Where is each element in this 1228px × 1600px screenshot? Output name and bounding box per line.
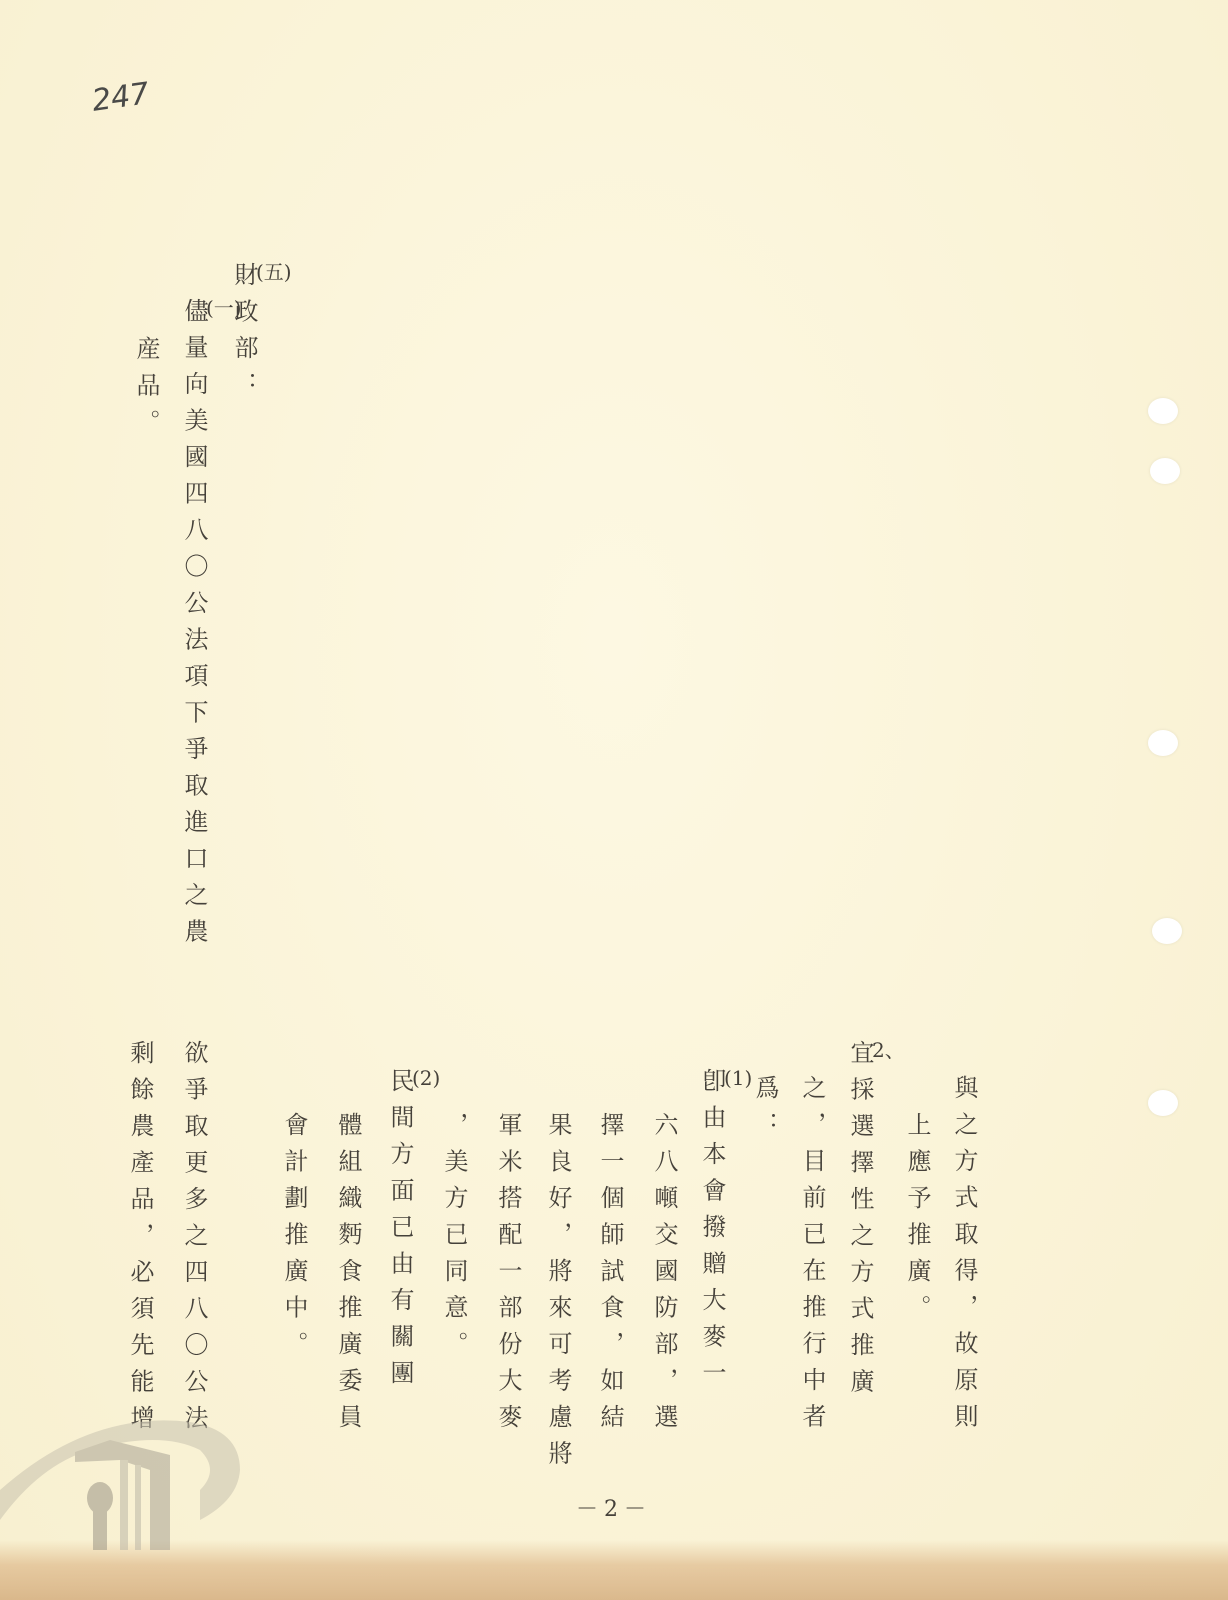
- text-column: ，美方已同意。: [442, 1112, 466, 1368]
- section-marker: (五): [256, 262, 292, 282]
- text-column: 會計劃推廣中。: [282, 1112, 306, 1368]
- item-text: 儘量向美國四八〇公法項下爭取進口之農: [180, 298, 208, 955]
- item-marker: (一): [206, 298, 242, 318]
- column-text: 宜採選擇性之方式推廣: [846, 1040, 874, 1405]
- text-column: 與之方式取得，故原則: [952, 1075, 976, 1440]
- text-column: (1)卽由本會撥贈大麥一: [700, 1068, 752, 1397]
- text-column: 2、宜採選擇性之方式推廣: [848, 1040, 905, 1405]
- text-column: 軍米搭配一部份大麥: [496, 1112, 520, 1441]
- handwritten-page-number: 247: [90, 76, 152, 119]
- archive-watermark-icon: [0, 1380, 260, 1550]
- list-marker: (1): [724, 1068, 752, 1088]
- text-column: 上應予推廣。: [905, 1112, 929, 1331]
- text-column: 體組織麪食推廣委員: [336, 1112, 360, 1441]
- text-column: 之，目前已在推行中者: [800, 1075, 824, 1440]
- column-text: 卽由本會撥贈大麥一: [698, 1068, 726, 1397]
- binder-hole: [1148, 398, 1178, 424]
- list-marker: 2、: [872, 1040, 905, 1060]
- binder-hole: [1150, 458, 1180, 484]
- printed-page-number: －2－: [0, 1492, 1228, 1523]
- section-item-1: (一)儘量向美國四八〇公法項下爭取進口之農: [182, 298, 242, 955]
- binder-hole: [1152, 918, 1182, 944]
- binder-hole: [1148, 730, 1178, 756]
- text-column: (2)民間方面已由有關團: [388, 1068, 440, 1397]
- column-text: 民間方面已由有關團: [386, 1068, 414, 1397]
- section-item-1-continuation: 産品。: [134, 336, 158, 446]
- binder-hole: [1148, 1090, 1178, 1116]
- text-column: 果良好，將來可考慮將: [546, 1112, 570, 1477]
- list-marker: (2): [412, 1068, 440, 1088]
- text-column: 擇一個師試食，如結: [598, 1112, 622, 1441]
- text-column: 爲：: [753, 1075, 777, 1148]
- text-column: 六八噸交國防部，選: [652, 1112, 676, 1441]
